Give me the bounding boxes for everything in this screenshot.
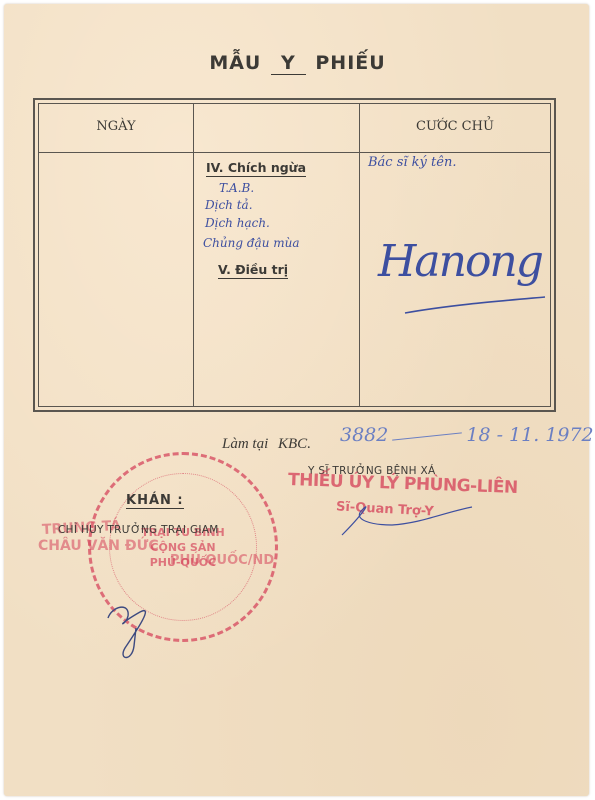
- doctor-signature: Hanong: [378, 236, 542, 287]
- header-divider: [39, 152, 550, 153]
- side-stamp-line-2: CHÂU VĂN ĐỨC: [38, 538, 159, 554]
- place-of-issue: Làm tại KBC.: [222, 436, 311, 453]
- section-v-label: V. Điều trị: [218, 262, 288, 277]
- khan-label: KHÁN :: [126, 493, 184, 509]
- signature-underline: [400, 295, 550, 315]
- vaccination-plague: Dịch hạch.: [205, 216, 270, 230]
- lam-tai-label: Làm tại: [222, 436, 268, 452]
- vaccination-cholera: Dịch tả.: [205, 198, 253, 212]
- section-iv-label: IV. Chích ngừa: [206, 160, 306, 175]
- column-divider-2: [359, 104, 360, 406]
- title-word-y: Y: [271, 53, 306, 75]
- side-stamp-line-3: PHÚ QUỐC/ND: [170, 553, 274, 568]
- vaccination-smallpox: Chủng đậu mùa: [203, 236, 300, 250]
- y-si-signature: [332, 495, 482, 545]
- commander-signature: [100, 598, 180, 668]
- chi-huy-truong-label: CHỈ HUY TRƯỞNG TRẠI GIAM: [58, 524, 219, 536]
- column-header-cuoc-chu: CƯỚC CHỦ: [360, 119, 550, 134]
- column-divider-1: [193, 104, 194, 406]
- doctor-signature-note: Bác sĩ ký tên.: [368, 155, 456, 170]
- title-word-mau: MẪU: [209, 52, 261, 74]
- kbc-label: KBC.: [278, 436, 311, 452]
- title-word-phieu: PHIẾU: [315, 52, 385, 74]
- vaccination-tab: T.A.B.: [219, 181, 254, 195]
- column-header-ngay: NGÀY: [39, 119, 193, 134]
- dash-stroke: [392, 432, 462, 440]
- kbc-and-date-handwritten: 388218 - 11. 1972: [340, 424, 594, 446]
- kbc-number: 3882: [340, 424, 388, 446]
- page-title: MẪU Y PHIẾU: [0, 52, 595, 75]
- issue-date: 18 - 11. 1972: [466, 424, 593, 446]
